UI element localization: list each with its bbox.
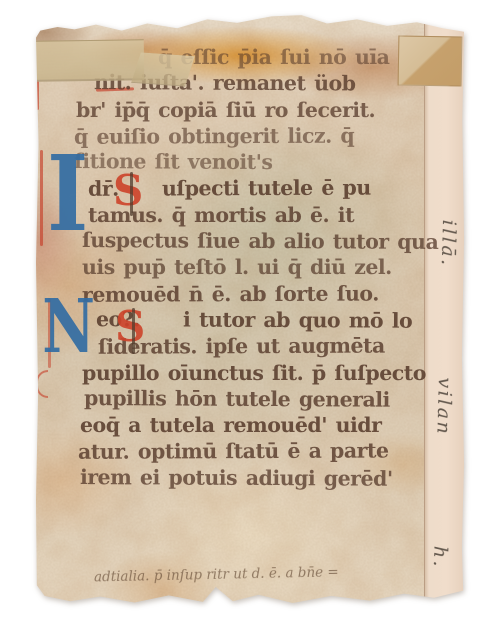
tape-top-left-fold [131, 52, 195, 86]
tape-top-right [398, 35, 463, 86]
text-line: irem ei potuis adiugi gerēd' [80, 464, 446, 492]
text-block: q̄ eſſic p̄ia ſui nō uīa nit. iuſta'. re… [54, 44, 446, 491]
illuminated-initial-blue-2: N [42, 290, 79, 368]
text-line: br' ip̄q̄ copiā ſiū ro ſecerit. [76, 97, 446, 123]
red-penwork-stroke [40, 150, 43, 246]
text-line: pupillo oīunctus ſit. p̄ ſuſpecto [82, 360, 446, 386]
text-line: eoq̄ a tutela remouēd' uidr [80, 412, 446, 438]
text-line: ſideratis. ipſe ut augmēta [98, 333, 446, 361]
red-initial-1: S [113, 170, 143, 212]
text-line: atur. optimū ſtatū ē a parte [78, 438, 446, 466]
text-line: uis pup̄ teſtō l. ui q̄ diū zel. [82, 254, 446, 280]
red-initial-2: S [115, 306, 145, 348]
text-line: q̄ euiſio obtingerit licz. q̄ [74, 122, 446, 150]
photo-stage: q̄ eſſic p̄ia ſui nō uīa nit. iuſta'. re… [0, 0, 500, 625]
red-initial-1-bar [130, 172, 133, 216]
manuscript-fragment: q̄ eſſic p̄ia ſui nō uīa nit. iuſta'. re… [36, 14, 464, 606]
red-initial-2-bar [132, 308, 135, 354]
red-penwork-edge [36, 80, 39, 110]
text-line: eo?. i tutor ab quo mō lo [96, 306, 446, 334]
illuminated-initial-blue-1: I [47, 142, 69, 250]
tape-top-left [36, 39, 144, 82]
parchment: q̄ eſſic p̄ia ſui nō uīa nit. iuſta'. re… [36, 14, 464, 606]
red-penwork-hook [36, 370, 48, 398]
text-line: pupillis hōn tutele generali [84, 385, 446, 413]
text-line: ſuspectus ſiue ab alio tutor qua [82, 227, 446, 255]
